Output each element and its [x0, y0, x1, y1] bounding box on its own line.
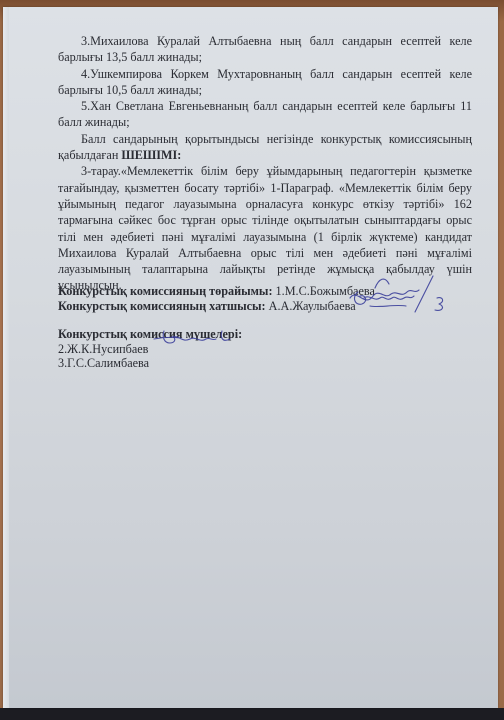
chair-line: Конкурстық комиссияның төрайымы: 1.М.С.Б…	[58, 284, 478, 299]
member-1: 2.Ж.К.Нусипбаев	[58, 342, 478, 357]
table-dark-edge	[0, 708, 504, 720]
members-label: Конкурстық комиссия мүшелері:	[58, 327, 478, 342]
paper-edge	[3, 7, 9, 708]
result-paragraph-3: 3.Михаилова Куралай Алтыбаевна ның балл …	[58, 33, 472, 66]
secretary-label: Конкурстық комиссияның хатшысы:	[58, 299, 266, 313]
signature-block: Конкурстық комиссияның төрайымы: 1.М.С.Б…	[58, 284, 478, 371]
decision-heading: ШЕШІМІ:	[121, 148, 181, 162]
decision-paragraph: 3-тарау.«Мемлекеттік білім беру ұйымдары…	[58, 163, 472, 293]
decision-intro-paragraph: Балл сандарының қорытындысы негізінде ко…	[58, 131, 472, 164]
result-paragraph-4: 4.Ушкемпирова Коркем Мухтаровнаның балл …	[58, 66, 472, 99]
chair-name: 1.М.С.Божымбаева	[276, 284, 375, 298]
result-paragraph-5: 5.Хан Светлана Евгеньевнаның балл сандар…	[58, 98, 472, 131]
secretary-name: А.А.Жаулыбаева	[269, 299, 356, 313]
chair-label: Конкурстық комиссияның төрайымы:	[58, 284, 273, 298]
document-body: 3.Михаилова Куралай Алтыбаевна ның балл …	[58, 33, 472, 294]
secretary-line: Конкурстық комиссияның хатшысы: А.А.Жаул…	[58, 299, 478, 314]
member-2: 3.Г.С.Салимбаева	[58, 356, 478, 371]
